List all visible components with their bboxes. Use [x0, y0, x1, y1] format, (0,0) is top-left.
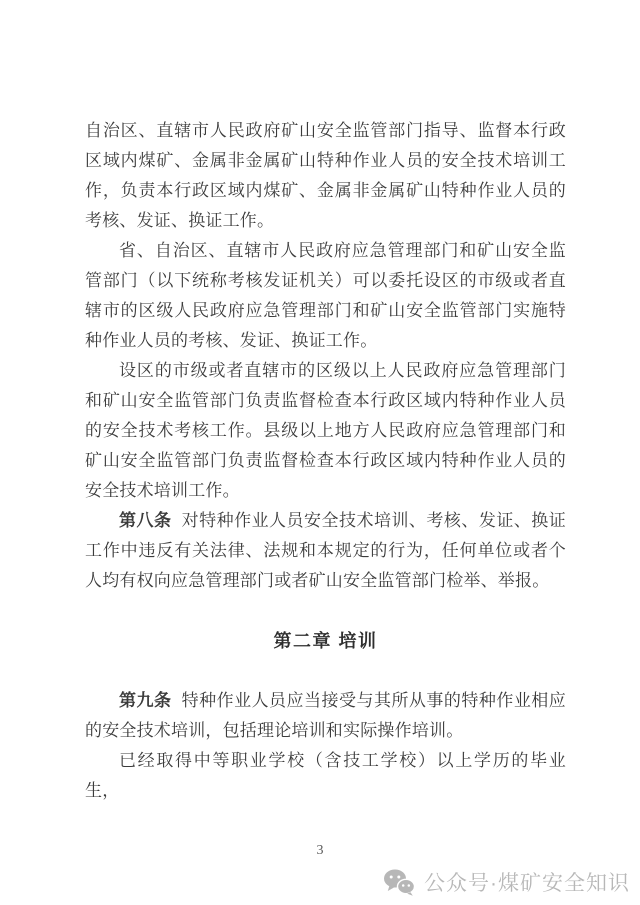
page-number: 3: [0, 836, 640, 866]
chapter-heading: 第二章 培训: [85, 626, 566, 656]
paragraph-text: 设区的市级或者直辖市的区级以上人民政府应急管理部门和矿山安全监管部门负责监督检查…: [85, 361, 566, 500]
paragraph-text: 已经取得中等职业学校（含技工学校）以上学历的毕业生，: [85, 751, 566, 800]
paragraph: 省、自治区、直辖市人民政府应急管理部门和矿山安全监管部门（以下统称考核发证机关）…: [85, 236, 566, 356]
watermark-text: 公众号·煤矿安全知识: [424, 867, 630, 897]
paragraph-continuation: 自治区、直辖市人民政府矿山安全监管部门指导、监督本行政区域内煤矿、金属非金属矿山…: [85, 116, 566, 236]
article-number-label: 第九条: [119, 691, 171, 710]
paragraph-text: 自治区、直辖市人民政府矿山安全监管部门指导、监督本行政区域内煤矿、金属非金属矿山…: [85, 121, 566, 230]
paragraph-article-8: 第八条对特种作业人员安全技术培训、考核、发证、换证工作中违反有关法律、法规和本规…: [85, 506, 566, 596]
paragraph-text: 省、自治区、直辖市人民政府应急管理部门和矿山安全监管部门（以下统称考核发证机关）…: [85, 241, 566, 350]
wechat-icon: [383, 868, 415, 896]
document-page: 自治区、直辖市人民政府矿山安全监管部门指导、监督本行政区域内煤矿、金属非金属矿山…: [0, 0, 640, 905]
watermark-footer: 公众号·煤矿安全知识: [383, 867, 630, 897]
paragraph: 设区的市级或者直辖市的区级以上人民政府应急管理部门和矿山安全监管部门负责监督检查…: [85, 356, 566, 506]
document-body: 自治区、直辖市人民政府矿山安全监管部门指导、监督本行政区域内煤矿、金属非金属矿山…: [85, 116, 566, 806]
paragraph-article-9: 第九条特种作业人员应当接受与其所从事的特种作业相应的安全技术培训，包括理论培训和…: [85, 686, 566, 746]
article-number-label: 第八条: [119, 511, 171, 530]
paragraph: 已经取得中等职业学校（含技工学校）以上学历的毕业生，: [85, 746, 566, 806]
